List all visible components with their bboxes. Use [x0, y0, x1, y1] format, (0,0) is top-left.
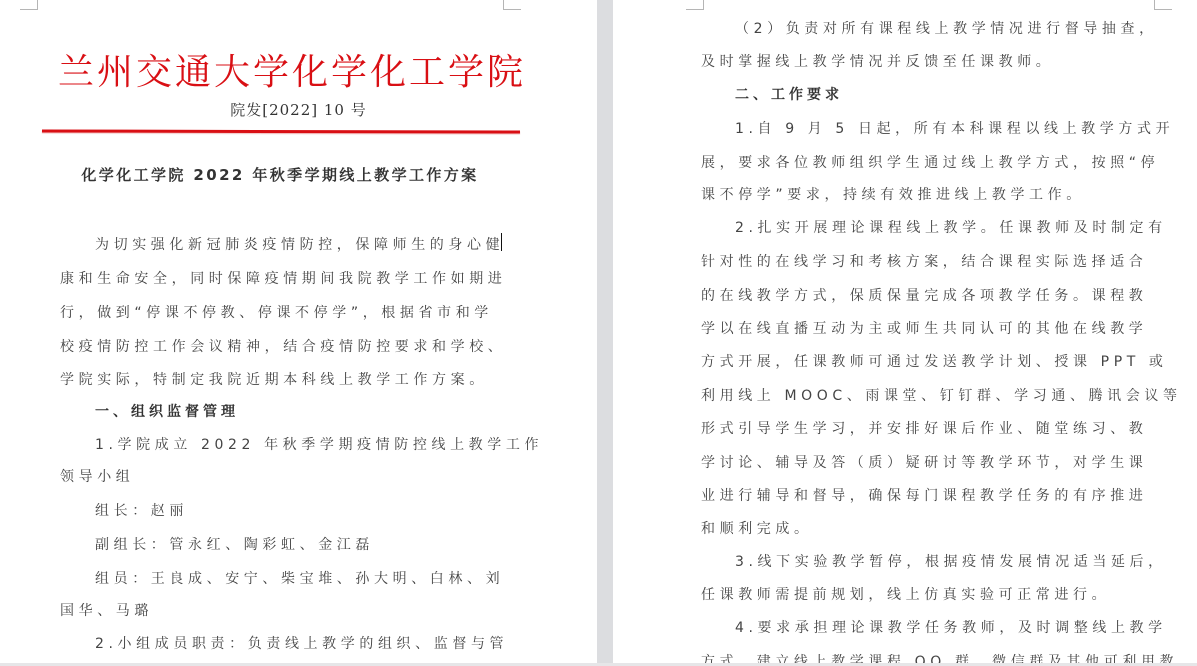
paragraph-line: 组长：赵丽	[95, 500, 188, 520]
paragraph-line: 2.小组成员职责：负责线上教学的组织、监督与管	[95, 633, 508, 653]
paragraph-line: 1.学院成立 2022 年秋季学期疫情防控线上教学工作	[95, 434, 543, 454]
paragraph-line: 为切实强化新冠肺炎疫情防控，保障师生的身心健	[95, 234, 504, 254]
paragraph-line: 学讨论、辅导及答（质）疑研讨等教学环节，对学生课	[701, 452, 1147, 472]
paragraph-line: 副组长：管永红、陶彩虹、金江磊	[95, 534, 374, 554]
red-header-rule	[42, 129, 520, 133]
paragraph-line: 任课教师需提前规划，线上仿真实验可正常进行。	[701, 584, 1110, 604]
paragraph-line: 利用线上 MOOC、雨课堂、钉钉群、学习通、腾讯会议等	[701, 385, 1182, 405]
paragraph-line: 业进行辅导和督导，确保每门课程教学任务的有序推进	[701, 485, 1147, 505]
paragraph-line: （2）负责对所有课程线上教学情况进行督导抽查，	[735, 18, 1158, 38]
paragraph-line: 学院实际，特制定我院近期本科线上教学工作方案。	[60, 369, 488, 389]
paragraph-line: 学以在线直播互动为主或师生共同认可的其他在线教学	[701, 318, 1147, 338]
paragraph-line: 的在线教学方式，保质保量完成各项教学任务。课程教	[701, 285, 1147, 305]
section-heading: 二、工作要求	[735, 84, 843, 104]
paragraph-line: 组员：王良成、安宁、柴宝堆、孙大明、白林、刘	[95, 568, 504, 588]
paragraph-line: 2.扎实开展理论课程线上教学。任课教师及时制定有	[735, 217, 1167, 237]
institution-header: 兰州交通大学化学化工学院	[58, 44, 498, 95]
paragraph-line: 行，做到“停课不停教、停课不停学”，根据省市和学	[60, 302, 493, 322]
text-cursor	[501, 233, 502, 251]
document-page-right[interactable]: （2）负责对所有课程线上教学情况进行督导抽查， 及时掌握线上教学情况并反馈至任课…	[613, 0, 1197, 663]
margin-corner-mark	[1154, 0, 1172, 10]
paragraph-line: 1.自 9 月 5 日起，所有本科课程以线上教学方式开	[735, 118, 1174, 138]
paragraph-line: 及时掌握线上教学情况并反馈至任课教师。	[701, 51, 1054, 71]
margin-corner-mark	[20, 0, 38, 10]
paragraph-line: 针对性的在线学习和考核方案，结合课程实际选择适合	[701, 251, 1147, 271]
paragraph-line: 校疫情防控工作会议精神，结合疫情防控要求和学校、	[60, 336, 506, 356]
paragraph-line: 和顺利完成。	[701, 518, 813, 538]
section-heading: 一、组织监督管理	[95, 401, 239, 421]
margin-corner-mark	[686, 0, 704, 10]
paragraph-line: 领导小组	[60, 466, 134, 486]
paragraph-line: 4.要求承担理论课教学任务教师，及时调整线上教学	[735, 617, 1167, 637]
document-page-left[interactable]: 兰州交通大学化学化工学院 院发[2022] 10 号 化学化工学院 2022 年…	[0, 0, 597, 663]
paragraph-line: 3.线下实验教学暂停，根据疫情发展情况适当延后，	[735, 551, 1167, 571]
paragraph-line: 展，要求各位教师组织学生通过线上教学方式，按照“停	[701, 152, 1159, 172]
paragraph-line: 康和生命安全，同时保障疫情期间我院教学工作如期进	[60, 268, 506, 288]
document-title: 化学化工学院 2022 年秋季学期线上教学工作方案	[0, 164, 560, 185]
paragraph-line: 课不停学”要求，持续有效推进线上教学工作。	[701, 184, 1085, 204]
page-gutter	[597, 0, 613, 666]
margin-corner-mark	[503, 0, 521, 10]
paragraph-line: 形式引导学生学习，并安排好课后作业、随堂练习、教	[701, 418, 1147, 438]
document-number: 院发[2022] 10 号	[0, 99, 597, 120]
paragraph-line: 国华、马璐	[60, 600, 153, 620]
paragraph-line: 方式开展，任课教师可通过发送教学计划、授课 PPT 或	[701, 351, 1168, 371]
